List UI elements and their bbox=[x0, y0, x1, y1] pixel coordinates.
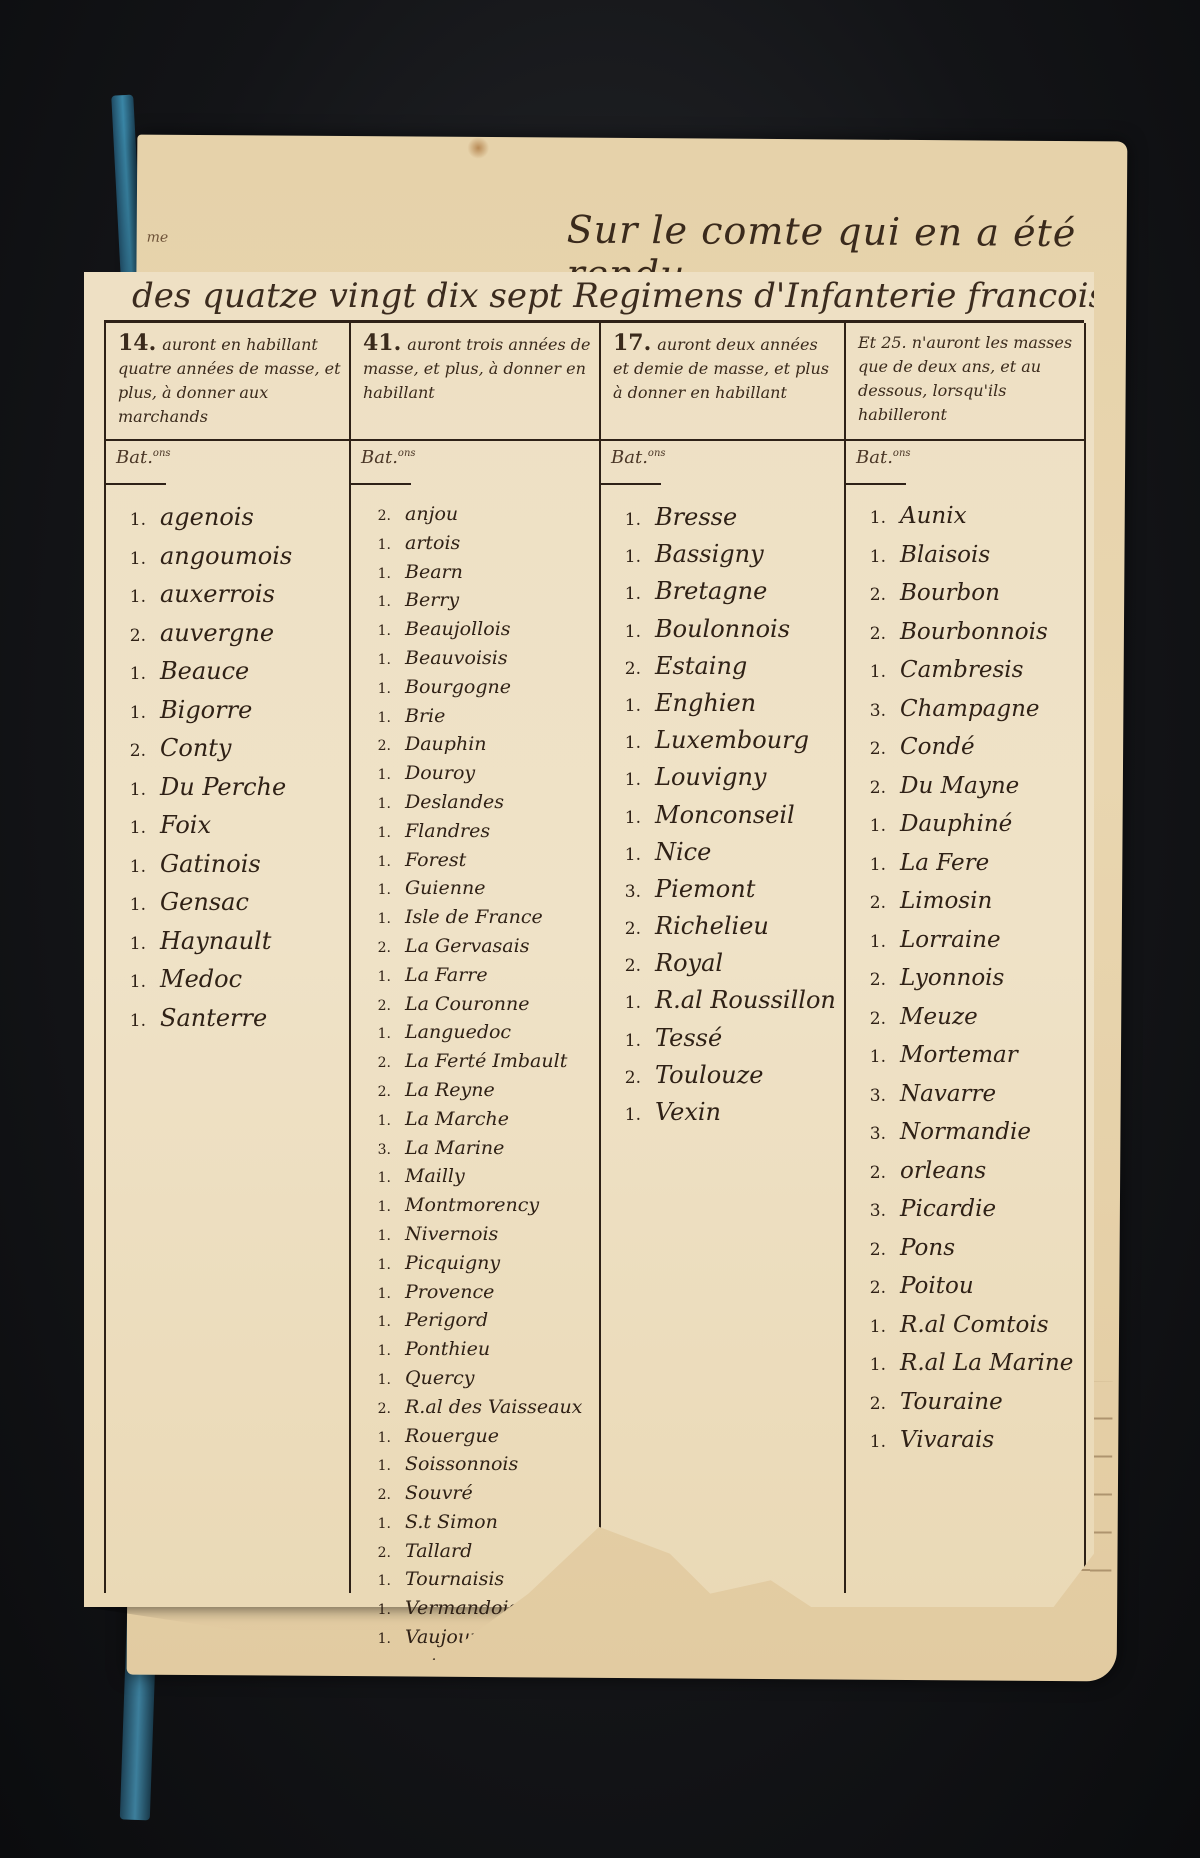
battalion-count: 1. bbox=[601, 1105, 655, 1125]
list-item: 1.Isle de France bbox=[351, 906, 601, 935]
regiment-name: Piemont bbox=[655, 875, 755, 903]
list-item: 2.La Ferté Imbault bbox=[351, 1050, 601, 1079]
battalion-count: 1. bbox=[601, 993, 655, 1013]
list-item: 2.La Couronne bbox=[351, 993, 601, 1022]
battalion-count: 1. bbox=[351, 1430, 405, 1446]
battalion-count: 3. bbox=[846, 1086, 900, 1106]
regiment-name: Quercy bbox=[405, 1367, 475, 1389]
battalion-count: 1. bbox=[351, 1458, 405, 1474]
battalion-count: 2. bbox=[351, 1401, 405, 1417]
list-item: 1.auxerrois bbox=[106, 580, 351, 619]
battalion-count: 2. bbox=[846, 624, 900, 644]
battalion-count: 1. bbox=[846, 816, 900, 836]
regiment-name: Mailly bbox=[405, 1165, 465, 1187]
regiment-name: Boulonnois bbox=[655, 615, 790, 643]
list-item: 2.anjou bbox=[351, 503, 601, 532]
list-item: 1.Languedoc bbox=[351, 1021, 601, 1050]
list-item: 2.Lyonnois bbox=[846, 965, 1084, 1004]
regiment-name: La Marine bbox=[405, 1137, 504, 1159]
list-item: 1.Soissonnois bbox=[351, 1453, 601, 1482]
list-item: 3.La Marine bbox=[351, 1137, 601, 1166]
regiment-name: Picquigny bbox=[405, 1252, 500, 1274]
battalion-count: 2. bbox=[601, 919, 655, 939]
battalion-count: 1. bbox=[846, 1047, 900, 1067]
list-item: 1.Medoc bbox=[106, 965, 351, 1004]
battalion-count: 1. bbox=[351, 969, 405, 985]
regiment-name: Bresse bbox=[655, 503, 737, 531]
list-item: 1.angoumois bbox=[106, 542, 351, 581]
battalion-label: Bat.ons bbox=[846, 441, 1084, 485]
regiment-name: Tournaisis bbox=[405, 1568, 504, 1590]
battalion-count: 1. bbox=[351, 623, 405, 639]
regiment-name: Toulouze bbox=[655, 1061, 763, 1089]
regiment-name: R.al des Vaisseaux bbox=[405, 1396, 582, 1418]
battalion-count: 2. bbox=[601, 956, 655, 976]
battalion-count: 2. bbox=[351, 1055, 405, 1071]
list-item: 2.Estaing bbox=[601, 652, 846, 689]
battalion-count: 1. bbox=[351, 825, 405, 841]
list-item: 1.Vexin bbox=[601, 1098, 846, 1135]
regiment-name: La Marche bbox=[405, 1108, 509, 1130]
battalion-count: 1. bbox=[351, 1170, 405, 1186]
regiment-name: Lyonnois bbox=[900, 965, 1004, 991]
battalion-count: 2. bbox=[351, 1545, 405, 1561]
list-item: 1.artois bbox=[351, 532, 601, 561]
battalion-count: 3. bbox=[846, 701, 900, 721]
list-item: 2.Meuze bbox=[846, 1004, 1084, 1043]
list-item: 1.Brie bbox=[351, 705, 601, 734]
battalion-count: 2. bbox=[351, 508, 405, 524]
list-item: 2.Royal bbox=[601, 949, 846, 986]
battalion-count: 1. bbox=[351, 681, 405, 697]
list-item: 3.Normandie bbox=[846, 1119, 1084, 1158]
regiment-list: 2.anjou1.artois1.Bearn1.Berry1.Beaujollo… bbox=[351, 485, 601, 1684]
battalion-count: 1. bbox=[846, 547, 900, 567]
list-item: 1.Bearn bbox=[351, 561, 601, 590]
list-item: 1.Bassigny bbox=[601, 540, 846, 577]
regiment-name: Vivarais bbox=[900, 1427, 994, 1453]
battalion-count: 1. bbox=[351, 1314, 405, 1330]
regiment-name: La Reyne bbox=[405, 1079, 495, 1101]
regiment-name: Tallard bbox=[405, 1540, 472, 1562]
regiment-name: La Farre bbox=[405, 964, 488, 986]
regiment-name: R.al Comtois bbox=[900, 1312, 1049, 1338]
list-item: 3.Navarre bbox=[846, 1081, 1084, 1120]
regiment-name: Nice bbox=[655, 838, 711, 866]
regiment-name: Champagne bbox=[900, 696, 1040, 722]
regiment-name: Tessé bbox=[655, 1024, 722, 1052]
list-item: 1.Enghien bbox=[601, 689, 846, 726]
list-item: 1.R.al La Marine bbox=[846, 1350, 1084, 1389]
battalion-count: 1. bbox=[601, 733, 655, 753]
regiment-name: Richelieu bbox=[655, 912, 769, 940]
list-item: 1.La Fere bbox=[846, 850, 1084, 889]
list-item: 1.Bourgogne bbox=[351, 676, 601, 705]
list-item: 1.Haynault bbox=[106, 927, 351, 966]
battalion-count: 1. bbox=[846, 662, 900, 682]
regiment-list: 1.agenois 1.angoumois 1.auxerrois 2.auve… bbox=[106, 485, 351, 1042]
column-header: Et 25. n'auront les masses que de deux a… bbox=[846, 323, 1084, 441]
battalion-count: 1. bbox=[351, 882, 405, 898]
regiment-name: Royal bbox=[655, 949, 723, 977]
regiment-name: Bearn bbox=[405, 561, 463, 583]
battalion-count: 1. bbox=[351, 1228, 405, 1244]
regiment-name: Mortemar bbox=[900, 1042, 1018, 1068]
battalion-count: 2. bbox=[351, 998, 405, 1014]
list-item: 1.Deslandes bbox=[351, 791, 601, 820]
list-item: 2.Conty bbox=[106, 734, 351, 773]
list-item: 1.Provence bbox=[351, 1281, 601, 1310]
battalion-count: 1. bbox=[351, 594, 405, 610]
regiments-table: 14.auront en habillant quatre années de … bbox=[104, 320, 1084, 1593]
list-item: 3.Champagne bbox=[846, 696, 1084, 735]
list-item: 2.La Reyne bbox=[351, 1079, 601, 1108]
list-item: 1.Mailly bbox=[351, 1165, 601, 1194]
battalion-count: 2. bbox=[846, 739, 900, 759]
battalion-count: 2. bbox=[351, 940, 405, 956]
regiment-name: Cambresis bbox=[900, 657, 1023, 683]
list-item: 1.Nice bbox=[601, 838, 846, 875]
battalion-count: 2. bbox=[601, 659, 655, 679]
battalion-count: 1. bbox=[351, 911, 405, 927]
list-item: 1.Bretagne bbox=[601, 577, 846, 614]
list-item: 1.Bresse bbox=[601, 503, 846, 540]
regiment-name: Enghien bbox=[655, 689, 756, 717]
battalion-count: 1. bbox=[351, 1257, 405, 1273]
regiment-name: Souvré bbox=[405, 1482, 473, 1504]
battalion-count: 1. bbox=[351, 796, 405, 812]
battalion-count: 1. bbox=[601, 510, 655, 530]
list-item: 1.Picquigny bbox=[351, 1252, 601, 1281]
regiment-name: Bretagne bbox=[655, 577, 767, 605]
list-item: 1.La Farre bbox=[351, 964, 601, 993]
battalion-count: 3. bbox=[846, 1124, 900, 1144]
column-four-years: 14.auront en habillant quatre années de … bbox=[104, 323, 351, 1593]
regiment-name: Touraine bbox=[900, 1389, 1003, 1415]
battalion-count: 2. bbox=[846, 585, 900, 605]
regiment-name: Blaisois bbox=[900, 542, 990, 568]
list-item: 2.Limosin bbox=[846, 888, 1084, 927]
list-item: 3.Picardie bbox=[846, 1196, 1084, 1235]
battalion-count: 1. bbox=[601, 696, 655, 716]
regiment-name: La Gervasais bbox=[405, 935, 529, 957]
regiment-name: Luxembourg bbox=[655, 726, 809, 754]
battalion-count: 2. bbox=[351, 738, 405, 754]
battalion-count: 1. bbox=[351, 710, 405, 726]
front-page-register: des quatze vingt dix sept Regimens d'Inf… bbox=[84, 272, 1094, 1607]
battalion-count: 1. bbox=[351, 1113, 405, 1129]
battalion-count: 1. bbox=[601, 845, 655, 865]
regiment-name: Pons bbox=[900, 1235, 955, 1261]
list-item: 2.Du Mayne bbox=[846, 773, 1084, 812]
regiment-name: artois bbox=[405, 532, 460, 554]
regiment-name: Bourgogne bbox=[405, 676, 511, 698]
column-header: 14.auront en habillant quatre années de … bbox=[106, 323, 351, 441]
column-header: 41.auront trois années de masse, et plus… bbox=[351, 323, 601, 441]
list-item: 1.Gensac bbox=[106, 888, 351, 927]
battalion-count: 1. bbox=[351, 537, 405, 553]
regiment-name: Meuze bbox=[900, 1004, 978, 1030]
regiment-name: Dauphiné bbox=[900, 811, 1012, 837]
column-count: 14. bbox=[118, 330, 156, 356]
battalion-count: 1. bbox=[846, 1432, 900, 1452]
battalion-count: 1. bbox=[351, 1199, 405, 1215]
list-item: 1.Luxembourg bbox=[601, 726, 846, 763]
list-item: 1.Quercy bbox=[351, 1367, 601, 1396]
battalion-count: 2. bbox=[846, 1163, 900, 1183]
battalion-count: 2. bbox=[846, 893, 900, 913]
regiment-name: orleans bbox=[900, 1158, 986, 1184]
column-header: 17.auront deux années et demie de masse,… bbox=[601, 323, 846, 441]
list-item: 2.Bourbon bbox=[846, 580, 1084, 619]
list-item: 1.Blaisois bbox=[846, 542, 1084, 581]
list-item: 1.Montmorency bbox=[351, 1194, 601, 1223]
battalion-count: 2. bbox=[351, 1487, 405, 1503]
column-three-years: 41.auront trois années de masse, et plus… bbox=[349, 323, 601, 1593]
battalion-count: 1. bbox=[601, 770, 655, 790]
battalion-count: 1. bbox=[601, 808, 655, 828]
battalion-count: 2. bbox=[846, 778, 900, 798]
list-item: 1.S.t Simon bbox=[351, 1511, 601, 1540]
battalion-count: 3. bbox=[846, 1201, 900, 1221]
regiment-name: Douroy bbox=[405, 762, 475, 784]
battalion-label: Bat.ons bbox=[106, 441, 351, 485]
regiment-name: La Ferté Imbault bbox=[405, 1050, 567, 1072]
column-two-years-or-less: Et 25. n'auront les masses que de deux a… bbox=[844, 323, 1086, 1593]
regiment-name: Deslandes bbox=[405, 791, 504, 813]
battalion-count: 1. bbox=[846, 855, 900, 875]
battalion-count: 1. bbox=[351, 1573, 405, 1589]
battalion-count: 2. bbox=[351, 1084, 405, 1100]
list-item: 1.Bigorre bbox=[106, 696, 351, 735]
battalion-count: 3. bbox=[601, 882, 655, 902]
list-item: 1.Louvigny bbox=[601, 763, 846, 800]
regiment-name: S.t Simon bbox=[405, 1511, 498, 1533]
list-item: 1.Douroy bbox=[351, 762, 601, 791]
regiment-name: Aunix bbox=[900, 503, 967, 529]
regiment-name: Poitou bbox=[900, 1273, 974, 1299]
regiment-name: Isle de France bbox=[405, 906, 543, 928]
regiment-name: Flandres bbox=[405, 820, 490, 842]
list-item: 2.Pons bbox=[846, 1235, 1084, 1274]
regiment-name: Limosin bbox=[900, 888, 992, 914]
regiment-name: Normandie bbox=[900, 1119, 1031, 1145]
list-item: 1.Du Perche bbox=[106, 773, 351, 812]
regiment-name: Condé bbox=[900, 734, 975, 760]
regiment-name: Monconseil bbox=[655, 801, 795, 829]
list-item: 1.Santerre bbox=[106, 1004, 351, 1043]
battalion-count: 1. bbox=[351, 1026, 405, 1042]
regiment-name: Rouergue bbox=[405, 1425, 499, 1447]
list-item: 1.Beauvoisis bbox=[351, 647, 601, 676]
list-item: 1.Berry bbox=[351, 589, 601, 618]
list-item: 2.orleans bbox=[846, 1158, 1084, 1197]
list-item: 2.Poitou bbox=[846, 1273, 1084, 1312]
list-item: 1.Foix bbox=[106, 811, 351, 850]
list-item: 1.Cambresis bbox=[846, 657, 1084, 696]
paper-stain bbox=[467, 137, 489, 159]
list-item: 1.Guienne bbox=[351, 877, 601, 906]
list-item: 3.Piemont bbox=[601, 875, 846, 912]
battalion-count: 1. bbox=[601, 547, 655, 567]
list-item: 1.Perigord bbox=[351, 1309, 601, 1338]
list-item: 1.Gatinois bbox=[106, 850, 351, 889]
regiment-name: Forest bbox=[405, 849, 466, 871]
list-item: 1.Beaujollois bbox=[351, 618, 601, 647]
list-item: 1.Flandres bbox=[351, 820, 601, 849]
battalion-count: 2. bbox=[846, 1278, 900, 1298]
battalion-count: 2. bbox=[601, 1068, 655, 1088]
battalion-count: 1. bbox=[601, 584, 655, 604]
regiment-name: Navarre bbox=[900, 1081, 996, 1107]
list-item: 2.Richelieu bbox=[601, 912, 846, 949]
list-item: 2.Souvré bbox=[351, 1482, 601, 1511]
regiment-name: Bourbonnois bbox=[900, 619, 1048, 645]
list-item: 2.Toulouze bbox=[601, 1061, 846, 1098]
list-item: 1.Monconseil bbox=[601, 801, 846, 838]
battalion-label: Bat.ons bbox=[351, 441, 601, 485]
regiment-name: Montmorency bbox=[405, 1194, 539, 1216]
list-item: 1.R.al Roussillon bbox=[601, 986, 846, 1023]
list-item: 1.Tessé bbox=[601, 1024, 846, 1061]
page-title: des quatze vingt dix sept Regimens d'Inf… bbox=[124, 272, 1092, 320]
list-item: 1.Vivarais bbox=[846, 1427, 1084, 1466]
battalion-count: 1. bbox=[351, 1286, 405, 1302]
regiment-name: Brie bbox=[405, 705, 445, 727]
list-item: 2.Touraine bbox=[846, 1389, 1084, 1428]
list-item: 1.Boulonnois bbox=[601, 615, 846, 652]
list-item: 1.Forest bbox=[351, 849, 601, 878]
battalion-count: 1. bbox=[351, 767, 405, 783]
battalion-count: 1. bbox=[351, 854, 405, 870]
regiment-name: Berry bbox=[405, 589, 459, 611]
regiment-name: Vexin bbox=[655, 1098, 721, 1126]
list-item: 1.Nivernois bbox=[351, 1223, 601, 1252]
battalion-count: 1. bbox=[351, 652, 405, 668]
list-item: 2.Bourbonnois bbox=[846, 619, 1084, 658]
regiment-name: R.al Roussillon bbox=[655, 986, 836, 1014]
regiment-name: Bassigny bbox=[655, 540, 764, 568]
battalion-count: 2. bbox=[846, 1009, 900, 1029]
regiment-name: Du Mayne bbox=[900, 773, 1019, 799]
regiment-name: Bourbon bbox=[900, 580, 1000, 606]
battalion-count: 2. bbox=[846, 1240, 900, 1260]
list-item: 1.La Marche bbox=[351, 1108, 601, 1137]
list-item: 2.La Gervasais bbox=[351, 935, 601, 964]
column-count: 41. bbox=[363, 330, 401, 356]
regiment-name: R.al La Marine bbox=[900, 1350, 1073, 1376]
battalion-count: 1. bbox=[351, 1631, 405, 1647]
regiment-name: La Fere bbox=[900, 850, 989, 876]
column-header-text: Et 25. n'auront les masses que de deux a… bbox=[858, 333, 1072, 424]
regiment-name: Beaujollois bbox=[405, 618, 511, 640]
battalion-count: 2. bbox=[846, 970, 900, 990]
column-two-and-half-years: 17.auront deux années et demie de masse,… bbox=[599, 323, 846, 1593]
regiment-name: Louvigny bbox=[655, 763, 766, 791]
battalion-count: 1. bbox=[601, 1031, 655, 1051]
regiment-name: Estaing bbox=[655, 652, 747, 680]
regiment-name: Languedoc bbox=[405, 1021, 511, 1043]
battalion-count: 1. bbox=[846, 932, 900, 952]
battalion-count: 1. bbox=[351, 1602, 405, 1618]
regiment-name: Picardie bbox=[900, 1196, 996, 1222]
regiment-name: Lorraine bbox=[900, 927, 1001, 953]
battalion-count: 1. bbox=[846, 1355, 900, 1375]
battalion-count: 1. bbox=[351, 1516, 405, 1532]
battalion-label: Bat.ons bbox=[601, 441, 846, 485]
list-item: 2.auvergne bbox=[106, 619, 351, 658]
list-item: 2.R.al des Vaisseaux bbox=[351, 1396, 601, 1425]
regiment-name: Provence bbox=[405, 1281, 494, 1303]
regiment-name: anjou bbox=[405, 503, 458, 525]
battalion-count: 1. bbox=[846, 1317, 900, 1337]
battalion-count: 1. bbox=[846, 508, 900, 528]
list-item: 2.Condé bbox=[846, 734, 1084, 773]
regiment-name: Nivernois bbox=[405, 1223, 498, 1245]
battalion-count: 1. bbox=[351, 1372, 405, 1388]
list-item: 1.Beauce bbox=[106, 657, 351, 696]
list-item: 1.Rouergue bbox=[351, 1425, 601, 1454]
list-item: 1.Aunix bbox=[846, 503, 1084, 542]
battalion-count: 1. bbox=[351, 566, 405, 582]
list-item: 1.Mortemar bbox=[846, 1042, 1084, 1081]
battalion-count: 2. bbox=[846, 1394, 900, 1414]
battalion-count: 3. bbox=[351, 1142, 405, 1158]
column-count: 17. bbox=[613, 330, 651, 356]
regiment-name: Dauphin bbox=[405, 733, 487, 755]
regiment-name: Soissonnois bbox=[405, 1453, 518, 1475]
regiment-name: Ponthieu bbox=[405, 1338, 490, 1360]
list-item: 1.R.al Comtois bbox=[846, 1312, 1084, 1351]
list-item: 1.Ponthieu bbox=[351, 1338, 601, 1367]
regiment-list: 1.Aunix1.Blaisois2.Bourbon2.Bourbonnois1… bbox=[846, 485, 1084, 1466]
regiment-name: Beauvoisis bbox=[405, 647, 508, 669]
list-item: 1.agenois bbox=[106, 503, 351, 542]
regiment-name: Guienne bbox=[405, 877, 485, 899]
regiment-name: La Couronne bbox=[405, 993, 529, 1015]
battalion-count: 1. bbox=[601, 622, 655, 642]
battalion-count: 1. bbox=[351, 1343, 405, 1359]
back-page-margin-note: me bbox=[147, 230, 169, 246]
list-item: 1.Dauphiné bbox=[846, 811, 1084, 850]
list-item: 2.Dauphin bbox=[351, 733, 601, 762]
regiment-list: 1.Bresse1.Bassigny1.Bretagne1.Boulonnois… bbox=[601, 485, 846, 1135]
list-item: 1.Lorraine bbox=[846, 927, 1084, 966]
regiment-name: Perigord bbox=[405, 1309, 488, 1331]
